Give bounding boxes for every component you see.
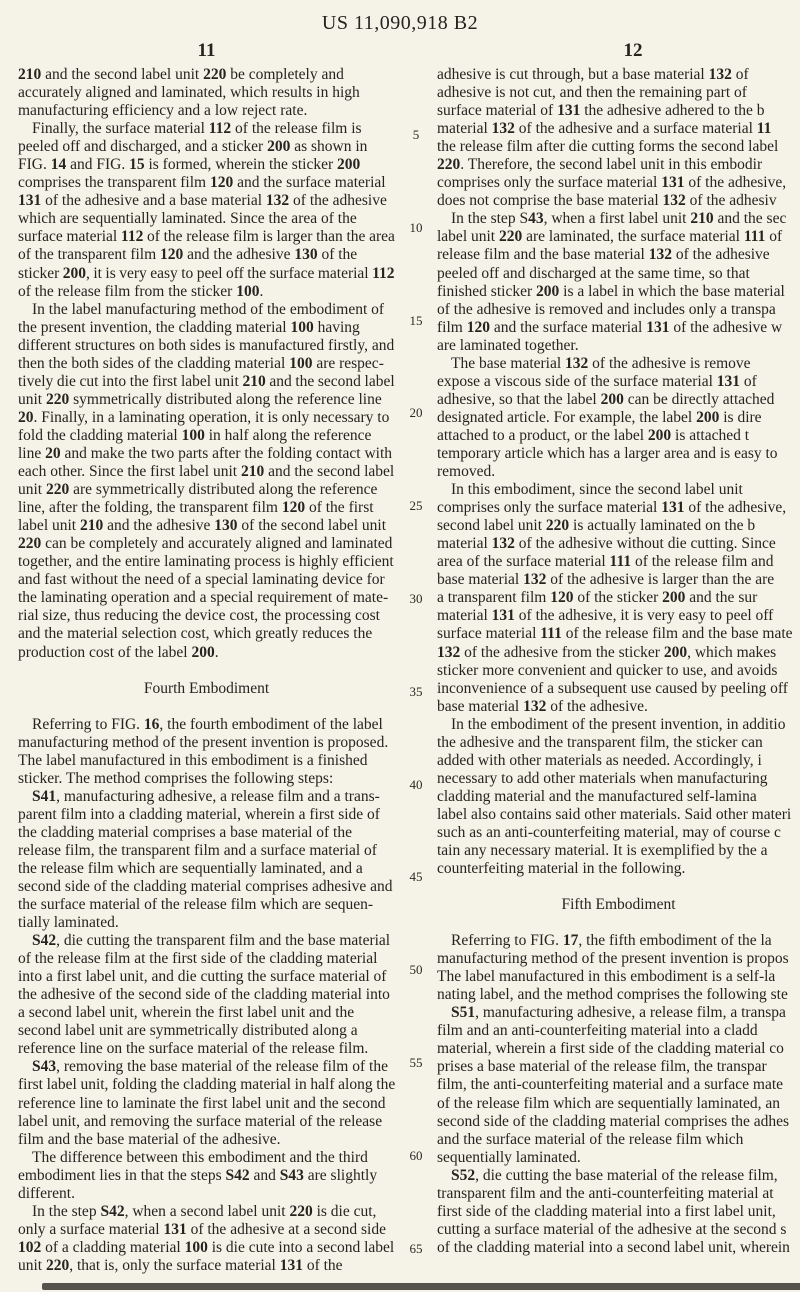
text-line: base material 132 of the adhesive is lar… [437,571,800,589]
text-line: a transparent film 120 of the sticker 20… [437,589,800,607]
text-line: base material 132 of the adhesive. [437,698,800,716]
text-line: label unit, and removing the surface mat… [18,1113,395,1131]
text-line: rial size, thus reducing the device cost… [18,607,395,625]
text-line: 210 and the second label unit 220 be com… [18,66,395,84]
text-line: sticker more convenient and quicker to u… [437,662,800,680]
text-line: tively die cut into the first label unit… [18,373,395,391]
text-line: embodiment lies in that the steps S42 an… [18,1167,395,1185]
text-line: attached to a product, or the label 200 … [437,427,800,445]
text-line: expose a viscous side of the surface mat… [437,373,800,391]
text-line: temporary article which has a larger are… [437,445,800,463]
text-line: film and an anti-counterfeiting material… [437,1022,800,1040]
line-number: 60 [403,1148,429,1164]
text-line: material, wherein a first side of the cl… [437,1040,800,1058]
text-line: and the surface material of the release … [437,1131,800,1149]
text-line: necessary to add other materials when ma… [437,770,800,788]
text-line: surface material 112 of the release film… [18,228,395,246]
text-line: material 131 of the adhesive, it is very… [437,607,800,625]
text-line: 20. Finally, in a laminating operation, … [18,409,395,427]
text-line: the cladding material comprises a base m… [18,824,395,842]
text-line: accurately aligned and laminated, which … [18,84,395,102]
text-line: Finally, the surface material 112 of the… [18,120,395,138]
text-line: film, the anti-counterfeiting material a… [437,1076,800,1094]
text-line: the release film after die cutting forms… [437,138,800,156]
text-line: second label unit 220 is actually lamina… [437,517,800,535]
text-line: label unit 210 and the adhesive 130 of t… [18,517,395,535]
text-line: tain any necessary material. It is exemp… [437,842,800,860]
text-line: only a surface material 131 of the adhes… [18,1221,395,1239]
text-line: S43, removing the base material of the r… [18,1058,395,1076]
text-line: of the transparent film 120 and the adhe… [18,246,395,264]
text-line: removed. [437,463,800,481]
text-line: In the label manufacturing method of the… [18,301,395,319]
text-line: line 20 and make the two parts after the… [18,445,395,463]
text-line: the release film which are sequentially … [18,860,395,878]
text-line: Referring to FIG. 17, the fifth embodime… [437,932,800,950]
text-line: a second label unit, wherein the first l… [18,1004,395,1022]
text-line: film 120 and the surface material 131 of… [437,319,800,337]
text-line: label unit 220 are laminated, the surfac… [437,228,800,246]
line-number: 35 [403,684,429,700]
patent-number: US 11,090,918 B2 [0,12,800,35]
text-line: The difference between this embodiment a… [18,1149,395,1167]
text-line: of the adhesive is removed and includes … [437,301,800,319]
text-line: The base material 132 of the adhesive is… [437,355,800,373]
text-line: In the embodiment of the present inventi… [437,716,800,734]
text-line: line, after the folding, the transparent… [18,499,395,517]
line-number: 10 [403,220,429,236]
text-line: peeled off and discharged, and a sticker… [18,138,395,156]
right-column: adhesive is cut through, but a base mate… [437,66,800,1257]
text-line: the surface material of the release film… [18,896,395,914]
text-line: of the cladding material into a second l… [437,1239,800,1257]
text-line: adhesive is not cut, and then the remain… [437,84,800,102]
text-line: 102 of a cladding material 100 is die cu… [18,1239,395,1257]
text-line: manufacturing efficiency and a low rejec… [18,102,395,120]
text-line: nating label, and the method comprises t… [437,986,800,1004]
text-line: comprises the transparent film 120 and t… [18,174,395,192]
text-line: The label manufactured in this embodimen… [18,752,395,770]
text-line: reference line to laminate the first lab… [18,1095,395,1113]
text-line: and the material selection cost, which g… [18,625,395,643]
line-number: 65 [403,1241,429,1257]
scan-edge-artifact [42,1283,800,1290]
text-line: In this embodiment, since the second lab… [437,481,800,499]
text-line: surface material of 131 the adhesive adh… [437,102,800,120]
text-line: surface material 111 of the release film… [437,625,800,643]
text-line: different. [18,1185,395,1203]
text-line: label also contains said other materials… [437,806,800,824]
text-line: In the step S43, when a first label unit… [437,210,800,228]
text-line: designated article. For example, the lab… [437,409,800,427]
text-line: material 132 of the adhesive without die… [437,535,800,553]
text-line: unit 220 symmetrically distributed along… [18,391,395,409]
text-line: finished sticker 200 is a label in which… [437,283,800,301]
text-line: first label unit, folding the cladding m… [18,1076,395,1094]
text-line: fold the cladding material 100 in half a… [18,427,395,445]
text-line: second side of the cladding material com… [18,878,395,896]
text-line: the laminating operation and a special r… [18,589,395,607]
text-line: manufacturing method of the present inve… [437,950,800,968]
text-line: cladding material and the manufactured s… [437,788,800,806]
text-line: counterfeiting material in the following… [437,860,800,878]
text-line: are laminated together. [437,337,800,355]
text-line: second side of the cladding material com… [437,1113,800,1131]
line-number: 50 [403,962,429,978]
text-line: sticker 200, it is very easy to peel off… [18,265,395,283]
text-line: different structures on both sides is ma… [18,337,395,355]
text-line: tially laminated. [18,914,395,932]
text-line: 220. Therefore, the second label unit in… [437,156,800,174]
text-line: such as an anti-counterfeiting material,… [437,824,800,842]
text-line: 131 of the adhesive and a base material … [18,192,395,210]
text-line: unit 220 are symmetrically distributed a… [18,481,395,499]
text-line: 132 of the adhesive from the sticker 200… [437,644,800,662]
text-line: first side of the cladding material into… [437,1203,800,1221]
text-line: comprises only the surface material 131 … [437,499,800,517]
text-line: S42, die cutting the transparent film an… [18,932,395,950]
section-heading: Fourth Embodiment [18,662,395,716]
text-line: area of the surface material 111 of the … [437,553,800,571]
line-number: 40 [403,777,429,793]
text-line: each other. Since the first label unit 2… [18,463,395,481]
text-line: S41, manufacturing adhesive, a release f… [18,788,395,806]
text-line: S51, manufacturing adhesive, a release f… [437,1004,800,1022]
line-number: 5 [403,127,429,143]
text-line: Referring to FIG. 16, the fourth embodim… [18,716,395,734]
text-line: the present invention, the cladding mate… [18,319,395,337]
text-line: S52, die cutting the base material of th… [437,1167,800,1185]
text-line: inconvenience of a subsequent use caused… [437,680,800,698]
left-column: 210 and the second label unit 220 be com… [18,66,395,1275]
text-line: then the both sides of the cladding mate… [18,355,395,373]
text-line: comprises only the surface material 131 … [437,174,800,192]
text-line: film and the base material of the adhesi… [18,1131,395,1149]
line-number: 45 [403,869,429,885]
text-line: the adhesive of the second side of the c… [18,986,395,1004]
text-line: unit 220, that is, only the surface mate… [18,1257,395,1275]
text-line: second label unit are symmetrically dist… [18,1022,395,1040]
text-line: 220 can be completely and accurately ali… [18,535,395,553]
line-number: 30 [403,591,429,607]
text-line: of the release film from the sticker 100… [18,283,395,301]
text-line: added with other materials as needed. Ac… [437,752,800,770]
text-line: manufacturing method of the present inve… [18,734,395,752]
column-number-right: 12 [437,40,800,62]
text-line: peeled off and discharged at the same ti… [437,265,800,283]
line-number: 25 [403,498,429,514]
text-line: which are sequentially laminated. Since … [18,210,395,228]
text-line: material 132 of the adhesive and a surfa… [437,120,800,138]
text-line: together, and the entire laminating proc… [18,553,395,571]
text-line: cutting a surface material of the adhesi… [437,1221,800,1239]
text-line: production cost of the label 200. [18,644,395,662]
text-line: and fast without the need of a special l… [18,571,395,589]
text-line: adhesive is cut through, but a base mate… [437,66,800,84]
text-line: transparent film and the anti-counterfei… [437,1185,800,1203]
text-line: release film, the transparent film and a… [18,842,395,860]
line-number: 20 [403,405,429,421]
text-line: into a first label unit, and die cutting… [18,968,395,986]
text-line: does not comprise the base material 132 … [437,192,800,210]
text-line: sequentially laminated. [437,1149,800,1167]
text-line: parent film into a cladding material, wh… [18,806,395,824]
text-line: reference line on the surface material o… [18,1040,395,1058]
text-line: adhesive, so that the label 200 can be d… [437,391,800,409]
text-line: sticker. The method comprises the follow… [18,770,395,788]
text-line: of the release film at the first side of… [18,950,395,968]
column-number-left: 11 [18,40,395,62]
text-line: In the step S42, when a second label uni… [18,1203,395,1221]
text-line: of the release film which are sequential… [437,1095,800,1113]
section-heading: Fifth Embodiment [437,878,800,932]
text-line: FIG. 14 and FIG. 15 is formed, wherein t… [18,156,395,174]
text-line: prises a base material of the release fi… [437,1058,800,1076]
line-number: 15 [403,313,429,329]
text-line: The label manufactured in this embodimen… [437,968,800,986]
text-line: the adhesive and the transparent film, t… [437,734,800,752]
line-number: 55 [403,1055,429,1071]
text-line: release film and the base material 132 o… [437,246,800,264]
